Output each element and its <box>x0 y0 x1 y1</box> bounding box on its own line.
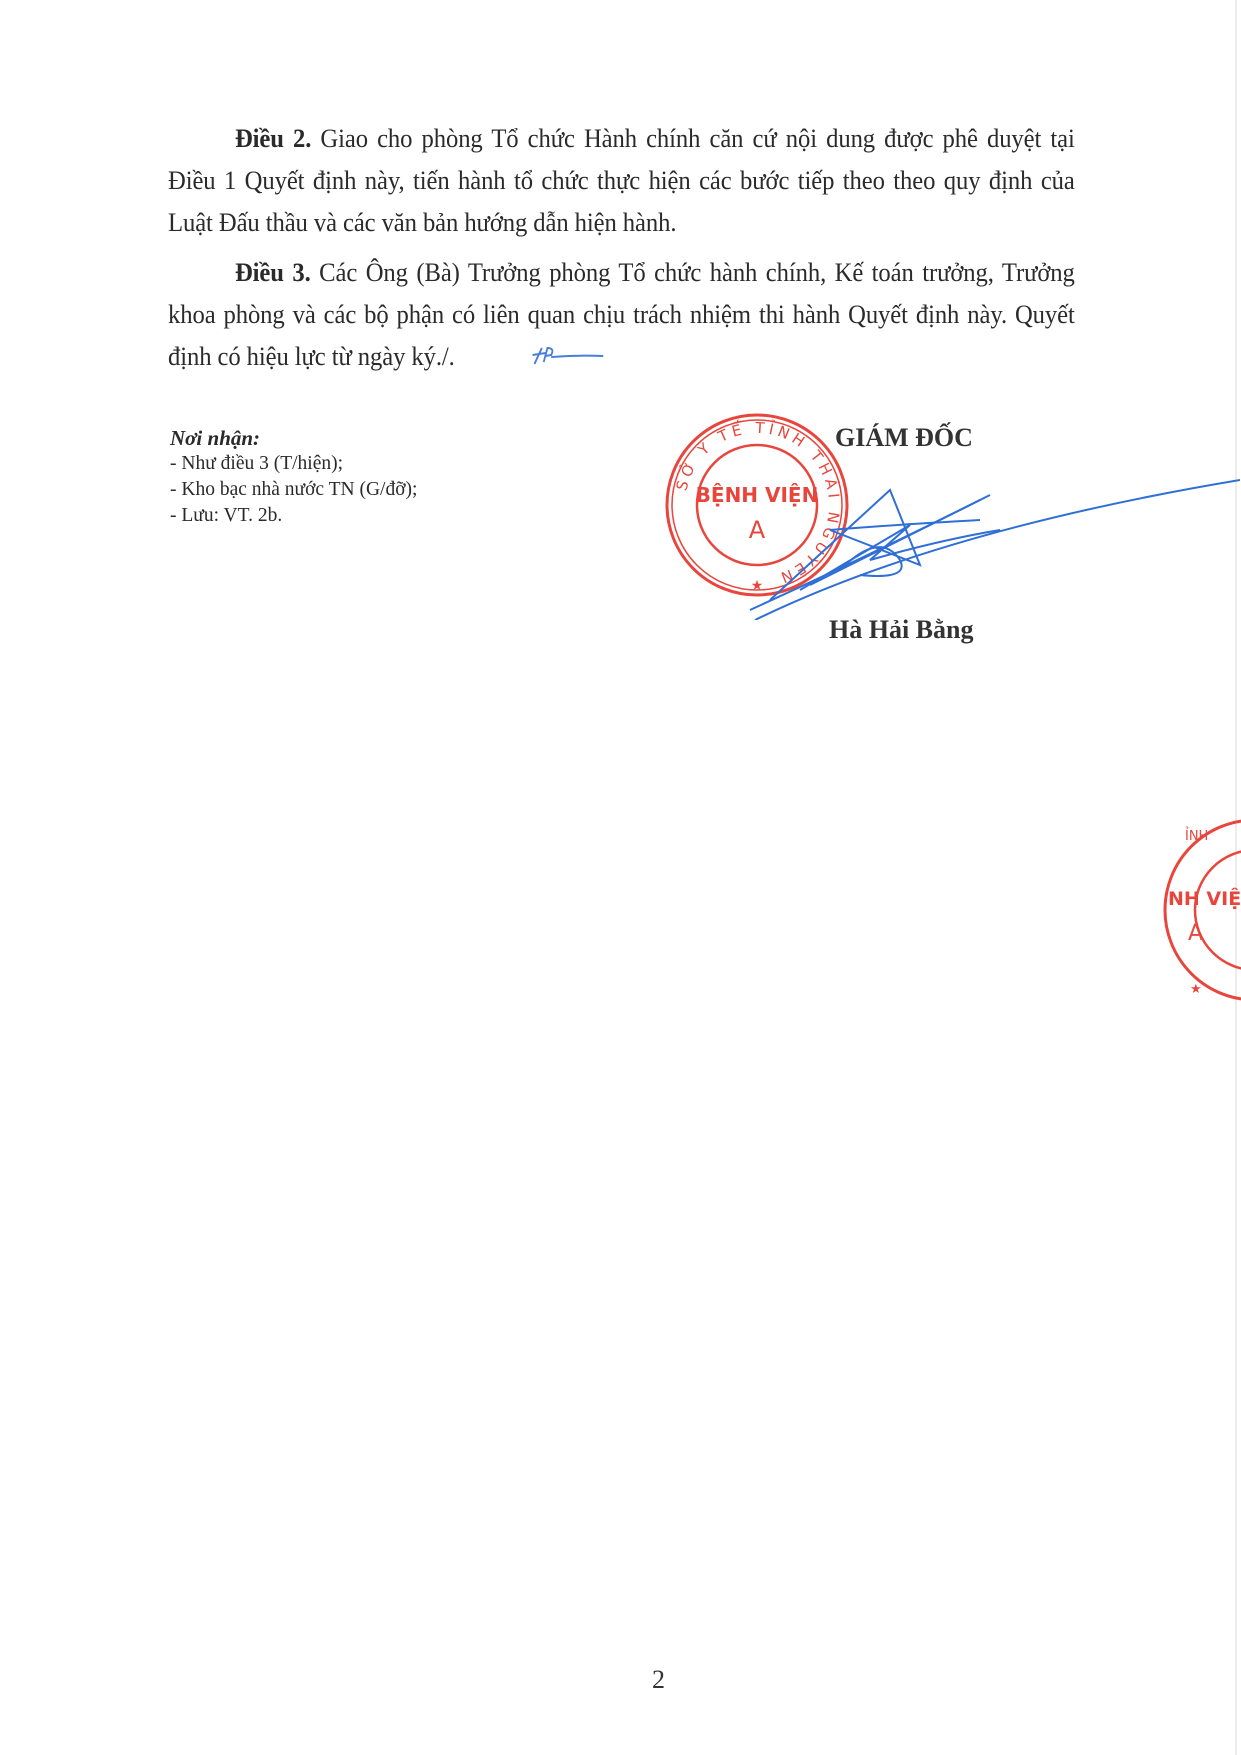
article-3-label: Điều 3. <box>235 257 311 287</box>
partial-stamp-line2: A <box>1188 921 1203 946</box>
article-2-label: Điều 2. <box>235 123 311 153</box>
svg-text:★: ★ <box>1190 981 1202 996</box>
document-body: Điều 2. Giao cho phòng Tổ chức Hành chín… <box>168 117 1075 380</box>
recipients-block: Nơi nhận: - Như điều 3 (T/hiện); - Kho b… <box>170 425 417 529</box>
recipient-item: - Kho bạc nhà nước TN (G/đỡ); <box>170 477 417 503</box>
partial-stamp-top: ỈNH <box>1185 827 1208 844</box>
page-number: 2 <box>652 1665 665 1695</box>
initials-mark-icon <box>464 338 605 380</box>
recipient-item: - Lưu: VT. 2b. <box>170 503 417 529</box>
recipients-title: Nơi nhận: <box>170 425 417 451</box>
handwritten-signature-icon <box>740 470 1240 620</box>
article-3: Điều 3. Các Ông (Bà) Trưởng phòng Tổ chứ… <box>168 251 1075 380</box>
signer-title: GIÁM ĐỐC <box>835 423 973 453</box>
signer-name: Hà Hải Bằng <box>829 615 973 645</box>
partial-stamp-icon: ỈNH NH VIỆ A ★ <box>1160 815 1241 1005</box>
recipient-item: - Như điều 3 (T/hiện); <box>170 451 417 477</box>
partial-stamp-line1: NH VIỆ <box>1168 886 1241 910</box>
article-2: Điều 2. Giao cho phòng Tổ chức Hành chín… <box>168 117 1075 243</box>
